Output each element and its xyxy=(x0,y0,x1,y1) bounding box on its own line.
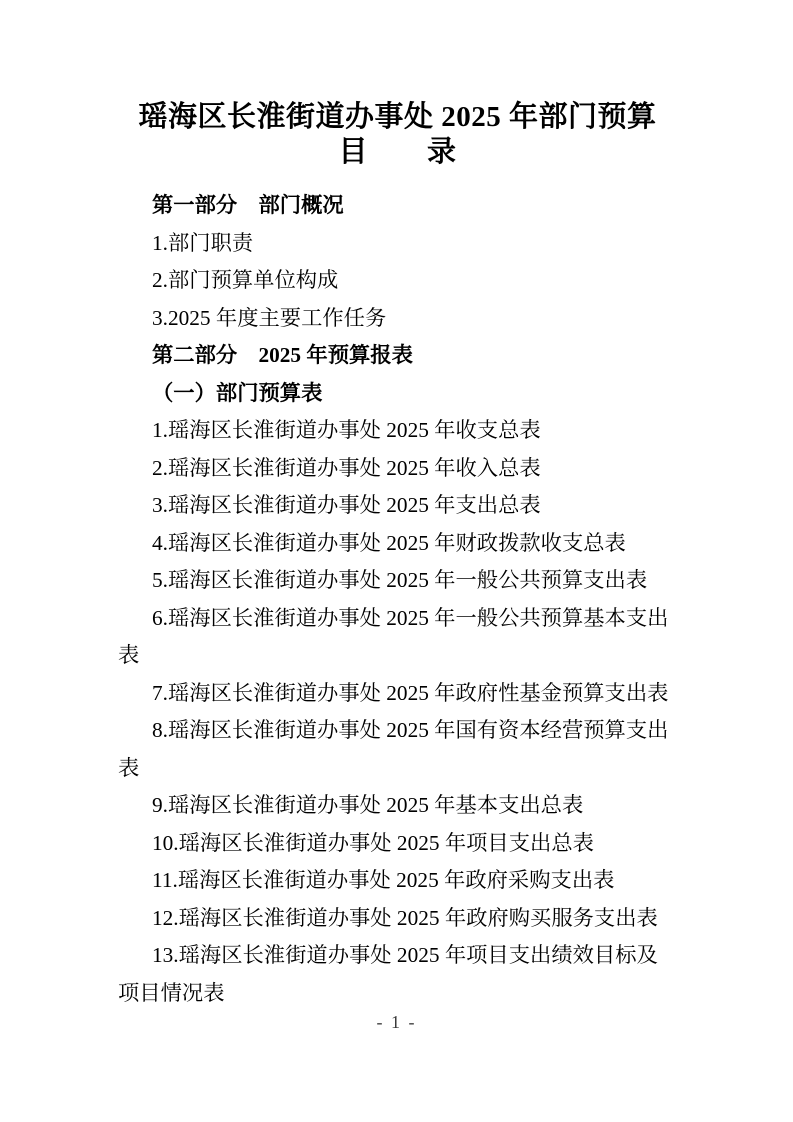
toc-item-part2-12: 12.瑶海区长淮街道办事处 2025 年政府购买服务支出表 xyxy=(118,900,677,938)
toc-item-part2-11: 11.瑶海区长淮街道办事处 2025 年政府采购支出表 xyxy=(118,862,677,900)
table-of-contents: 第一部分 部门概况 1.部门职责 2.部门预算单位构成 3.2025 年度主要工… xyxy=(118,187,677,1012)
part2-heading: 第二部分 2025 年预算报表 xyxy=(118,337,677,375)
toc-item-part2-1: 1.瑶海区长淮街道办事处 2025 年收支总表 xyxy=(118,412,677,450)
document-title-line2: 目 录 xyxy=(118,135,677,170)
toc-item-part1-3: 3.2025 年度主要工作任务 xyxy=(118,300,677,338)
toc-item-part2-13: 13.瑶海区长淮街道办事处 2025 年项目支出绩效目标及项目情况表 xyxy=(118,937,677,1012)
part2-group1-heading: （一）部门预算表 xyxy=(118,375,677,413)
document-title: 瑶海区长淮街道办事处 2025 年部门预算 目 录 xyxy=(118,100,677,170)
document-page: 瑶海区长淮街道办事处 2025 年部门预算 目 录 第一部分 部门概况 1.部门… xyxy=(0,0,793,1122)
toc-item-part2-10: 10.瑶海区长淮街道办事处 2025 年项目支出总表 xyxy=(118,825,677,863)
part1-heading: 第一部分 部门概况 xyxy=(118,187,677,225)
toc-item-part1-1: 1.部门职责 xyxy=(118,225,677,263)
page-number: - 1 - xyxy=(377,1012,417,1032)
toc-item-part2-2: 2.瑶海区长淮街道办事处 2025 年收入总表 xyxy=(118,450,677,488)
toc-item-part2-7: 7.瑶海区长淮街道办事处 2025 年政府性基金预算支出表 xyxy=(118,675,677,713)
toc-item-part1-2: 2.部门预算单位构成 xyxy=(118,262,677,300)
toc-item-part2-4: 4.瑶海区长淮街道办事处 2025 年财政拨款收支总表 xyxy=(118,525,677,563)
toc-item-part2-9: 9.瑶海区长淮街道办事处 2025 年基本支出总表 xyxy=(118,787,677,825)
document-content: 瑶海区长淮街道办事处 2025 年部门预算 目 录 第一部分 部门概况 1.部门… xyxy=(118,100,677,1012)
toc-item-part2-5: 5.瑶海区长淮街道办事处 2025 年一般公共预算支出表 xyxy=(118,562,677,600)
toc-item-part2-8: 8.瑶海区长淮街道办事处 2025 年国有资本经营预算支出表 xyxy=(118,712,677,787)
page-footer: - 1 - xyxy=(0,1012,793,1033)
toc-item-part2-6: 6.瑶海区长淮街道办事处 2025 年一般公共预算基本支出表 xyxy=(118,600,677,675)
toc-item-part2-3: 3.瑶海区长淮街道办事处 2025 年支出总表 xyxy=(118,487,677,525)
document-title-line1: 瑶海区长淮街道办事处 2025 年部门预算 xyxy=(118,100,677,135)
